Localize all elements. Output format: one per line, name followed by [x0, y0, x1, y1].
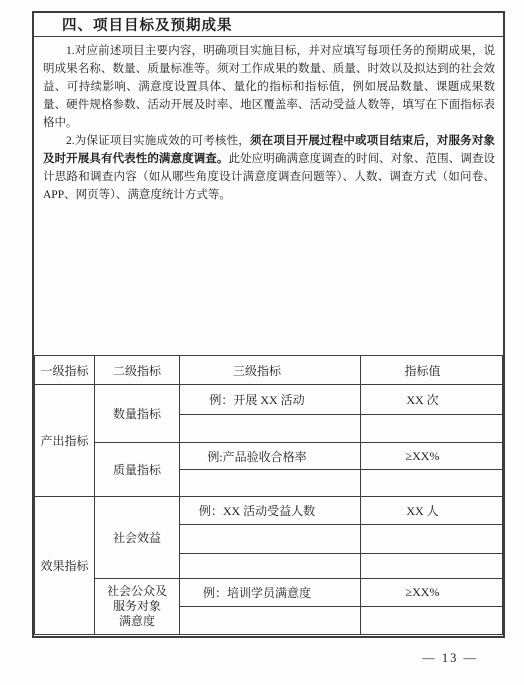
- table-row: 质量指标 例:产品验收合格率 ≥XX%: [35, 443, 503, 470]
- header-level1: 一级指标: [35, 356, 95, 385]
- cell-example-quality-indicator: 例:产品验收合格率: [180, 443, 361, 470]
- header-level3: 三级指标: [180, 356, 361, 385]
- empty-value-cell: [361, 415, 503, 443]
- empty-value-cell: [361, 554, 503, 579]
- header-value: 指标值: [361, 356, 503, 385]
- cell-level2-social-benefit: 社会效益: [95, 497, 180, 579]
- form-section-box: 四、项目目标及预期成果 1.对应前述项目主要内容，明确项目实施目标，并对应填写每…: [32, 11, 505, 638]
- table-row: 效果指标 社会效益 例：XX 活动受益人数 XX 人: [35, 497, 503, 525]
- cell-example-satisfaction-indicator: 例：培训学员满意度: [180, 579, 361, 607]
- cell-level2-quality: 质量指标: [95, 443, 180, 497]
- table-header-row: 一级指标 二级指标 三级指标 指标值: [35, 356, 503, 385]
- instructions-area: 1.对应前述项目主要内容，明确项目实施目标，并对应填写每项任务的预期成果，说明成…: [34, 37, 503, 355]
- cell-example-quantity-indicator: 例：开展 XX 活动: [180, 385, 361, 415]
- header-level2: 二级指标: [95, 356, 180, 385]
- table-row: 社会公众及 服务对象 满意度 例：培训学员满意度 ≥XX%: [35, 579, 503, 607]
- empty-indicator-cell: [180, 470, 361, 497]
- cell-example-benefit-indicator: 例：XX 活动受益人数: [180, 497, 361, 525]
- empty-indicator-cell: [180, 607, 361, 635]
- empty-indicator-cell: [180, 525, 361, 554]
- empty-value-cell: [361, 525, 503, 554]
- satisfaction-label-line-1: 社会公众及: [95, 584, 179, 599]
- cell-level1-output: 产出指标: [35, 385, 95, 497]
- table-row: 产出指标 数量指标 例：开展 XX 活动 XX 次: [35, 385, 503, 415]
- cell-example-quantity-value: XX 次: [361, 385, 503, 415]
- paragraph-2-start: 2.为保证项目实施成效的可考核性，: [66, 135, 250, 147]
- cell-example-quality-value: ≥XX%: [361, 443, 503, 470]
- instruction-paragraph-2: 2.为保证项目实施成效的可考核性，须在项目开展过程中或项目结束后，对服务对象及时…: [43, 132, 495, 204]
- satisfaction-label-line-2: 服务对象: [95, 599, 179, 614]
- page-number: — 13 —: [422, 651, 478, 666]
- empty-value-cell: [361, 470, 503, 497]
- cell-example-satisfaction-value: ≥XX%: [361, 579, 503, 607]
- section-title-row: 四、项目目标及预期成果: [34, 13, 503, 37]
- cell-level1-effect: 效果指标: [35, 497, 95, 635]
- cell-level2-quantity: 数量指标: [95, 385, 180, 443]
- satisfaction-label-line-3: 满意度: [95, 614, 179, 629]
- indicator-table: 一级指标 二级指标 三级指标 指标值 产出指标 数量指标 例：开展 XX 活动 …: [34, 355, 503, 635]
- empty-indicator-cell: [180, 415, 361, 443]
- instruction-paragraph-1: 1.对应前述项目主要内容，明确项目实施目标，并对应填写每项任务的预期成果，说明成…: [43, 42, 495, 132]
- section-title: 四、项目目标及预期成果: [62, 14, 233, 35]
- cell-level2-satisfaction: 社会公众及 服务对象 满意度: [95, 579, 180, 635]
- empty-indicator-cell: [180, 554, 361, 579]
- cell-example-benefit-value: XX 人: [361, 497, 503, 525]
- empty-value-cell: [361, 607, 503, 635]
